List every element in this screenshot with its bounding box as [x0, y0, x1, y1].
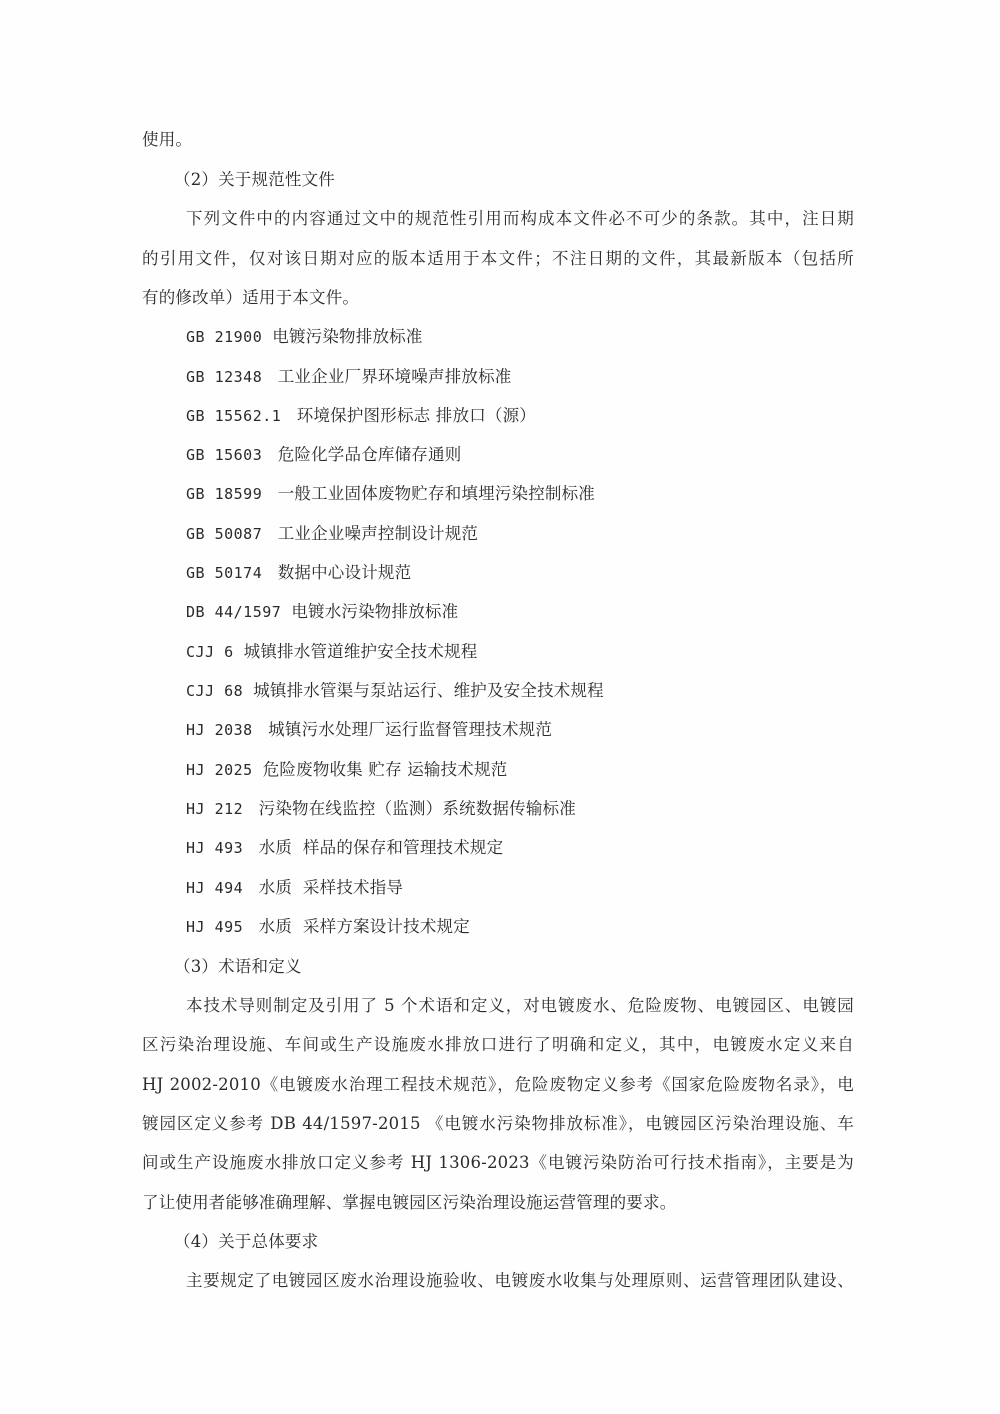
reference-title: 污染物在线监控（监测）系统数据传输标准 — [253, 799, 576, 818]
section-4-body-line-1: 主要规定了电镀园区废水治理设施验收、电镀废水收集与处理原则、运营管理团队建设、 — [186, 1270, 854, 1292]
reference-code: HJ 494 — [186, 879, 243, 897]
reference-code: GB 18599 — [186, 485, 262, 503]
section-2-intro-line-1: 下列文件中的内容通过文中的规范性引用而构成本文件必不可少的条款。其中，注日期 — [186, 208, 854, 230]
reference-code: CJJ 68 — [186, 682, 243, 700]
reference-code: HJ 2025 — [186, 761, 253, 779]
reference-code: CJJ 6 — [186, 643, 234, 661]
reference-code: GB 12348 — [186, 368, 262, 386]
reference-code: HJ 495 — [186, 918, 243, 936]
reference-title: 水质 样品的保存和管理技术规定 — [253, 838, 503, 857]
section-2-intro-line-2: 的引用文件，仅对该日期对应的版本适用于本文件；不注日期的文件，其最新版本（包括所 — [142, 248, 854, 270]
reference-item: GB 21900电镀污染物排放标准 — [186, 326, 423, 348]
reference-title: 危险废物收集 贮存 运输技术规范 — [263, 760, 508, 779]
reference-item: HJ 493 水质 样品的保存和管理技术规定 — [186, 837, 503, 859]
reference-code: HJ 2038 — [186, 721, 253, 739]
reference-item: CJJ 6城镇排水管道维护安全技术规程 — [186, 641, 477, 663]
reference-item: GB 12348 工业企业厂界环境噪声排放标准 — [186, 366, 512, 388]
section-2-intro-line-3: 有的修改单）适用于本文件。 — [142, 287, 359, 309]
reference-item: GB 18599 一般工业固体废物贮存和填埋污染控制标准 — [186, 483, 595, 505]
reference-item: HJ 2038 城镇污水处理厂运行监督管理技术规范 — [186, 719, 552, 741]
reference-item: HJ 494 水质 采样技术指导 — [186, 877, 403, 899]
section-4-heading: （4）关于总体要求 — [174, 1231, 318, 1253]
reference-title: 水质 采样技术指导 — [253, 878, 403, 897]
section-3-body-line-4: 镀园区定义参考 DB 44/1597-2015 《电镀水污染物排放标准》，电镀园… — [142, 1113, 854, 1135]
section-3-heading: （3）术语和定义 — [174, 956, 302, 978]
reference-code: GB 50174 — [186, 564, 262, 582]
reference-code: DB 44/1597 — [186, 603, 281, 621]
reference-title: 电镀水污染物排放标准 — [291, 602, 458, 621]
reference-title: 电镀污染物排放标准 — [272, 327, 422, 346]
section-3-body-line-3: HJ 2002-2010《电镀废水治理工程技术规范》，危险废物定义参考《国家危险… — [142, 1074, 854, 1096]
reference-item: GB 50174 数据中心设计规范 — [186, 562, 411, 584]
reference-item: GB 50087 工业企业噪声控制设计规范 — [186, 523, 478, 545]
reference-title: 城镇污水处理厂运行监督管理技术规范 — [263, 720, 552, 739]
reference-item: DB 44/1597电镀水污染物排放标准 — [186, 601, 458, 623]
reference-item: GB 15603 危险化学品仓库储存通则 — [186, 444, 461, 466]
reference-title: 城镇排水管道维护安全技术规程 — [244, 642, 478, 661]
reference-title: 工业企业厂界环境噪声排放标准 — [272, 367, 511, 386]
reference-title: 数据中心设计规范 — [272, 563, 411, 582]
reference-code: GB 15603 — [186, 446, 262, 464]
reference-title: 环境保护图形标志 排放口（源） — [291, 406, 536, 425]
reference-item: HJ 212 污染物在线监控（监测）系统数据传输标准 — [186, 798, 576, 820]
reference-item: HJ 495 水质 采样方案设计技术规定 — [186, 916, 470, 938]
section-3-body-line-1: 本技术导则制定及引用了 5 个术语和定义，对电镀废水、危险废物、电镀园区、电镀园 — [186, 995, 854, 1017]
reference-code: HJ 493 — [186, 839, 243, 857]
reference-item: CJJ 68城镇排水管渠与泵站运行、维护及安全技术规程 — [186, 680, 604, 702]
document-page: 使用。 （2）关于规范性文件 下列文件中的内容通过文中的规范性引用而构成本文件必… — [0, 0, 1000, 1414]
reference-code: GB 15562.1 — [186, 407, 281, 425]
reference-code: GB 50087 — [186, 525, 262, 543]
reference-title: 危险化学品仓库储存通则 — [272, 445, 461, 464]
reference-code: GB 21900 — [186, 328, 262, 346]
section-3-body-line-6: 了让使用者能够准确理解、掌握电镀园区污染治理设施运营管理的要求。 — [142, 1192, 676, 1214]
reference-item: HJ 2025危险废物收集 贮存 运输技术规范 — [186, 759, 507, 781]
reference-code: HJ 212 — [186, 800, 243, 818]
continuation-text: 使用。 — [142, 129, 192, 151]
section-3-body-line-2: 区污染治理设施、车间或生产设施废水排放口进行了明确和定义，其中，电镀废水定义来自 — [142, 1034, 854, 1056]
reference-title: 城镇排水管渠与泵站运行、维护及安全技术规程 — [253, 681, 604, 700]
section-3-body-line-5: 间或生产设施废水排放口定义参考 HJ 1306-2023《电镀污染防治可行技术指… — [142, 1152, 854, 1174]
reference-item: GB 15562.1 环境保护图形标志 排放口（源） — [186, 405, 536, 427]
reference-title: 工业企业噪声控制设计规范 — [272, 524, 478, 543]
reference-title: 水质 采样方案设计技术规定 — [253, 917, 470, 936]
reference-title: 一般工业固体废物贮存和填埋污染控制标准 — [272, 484, 595, 503]
section-2-heading: （2）关于规范性文件 — [174, 169, 335, 191]
